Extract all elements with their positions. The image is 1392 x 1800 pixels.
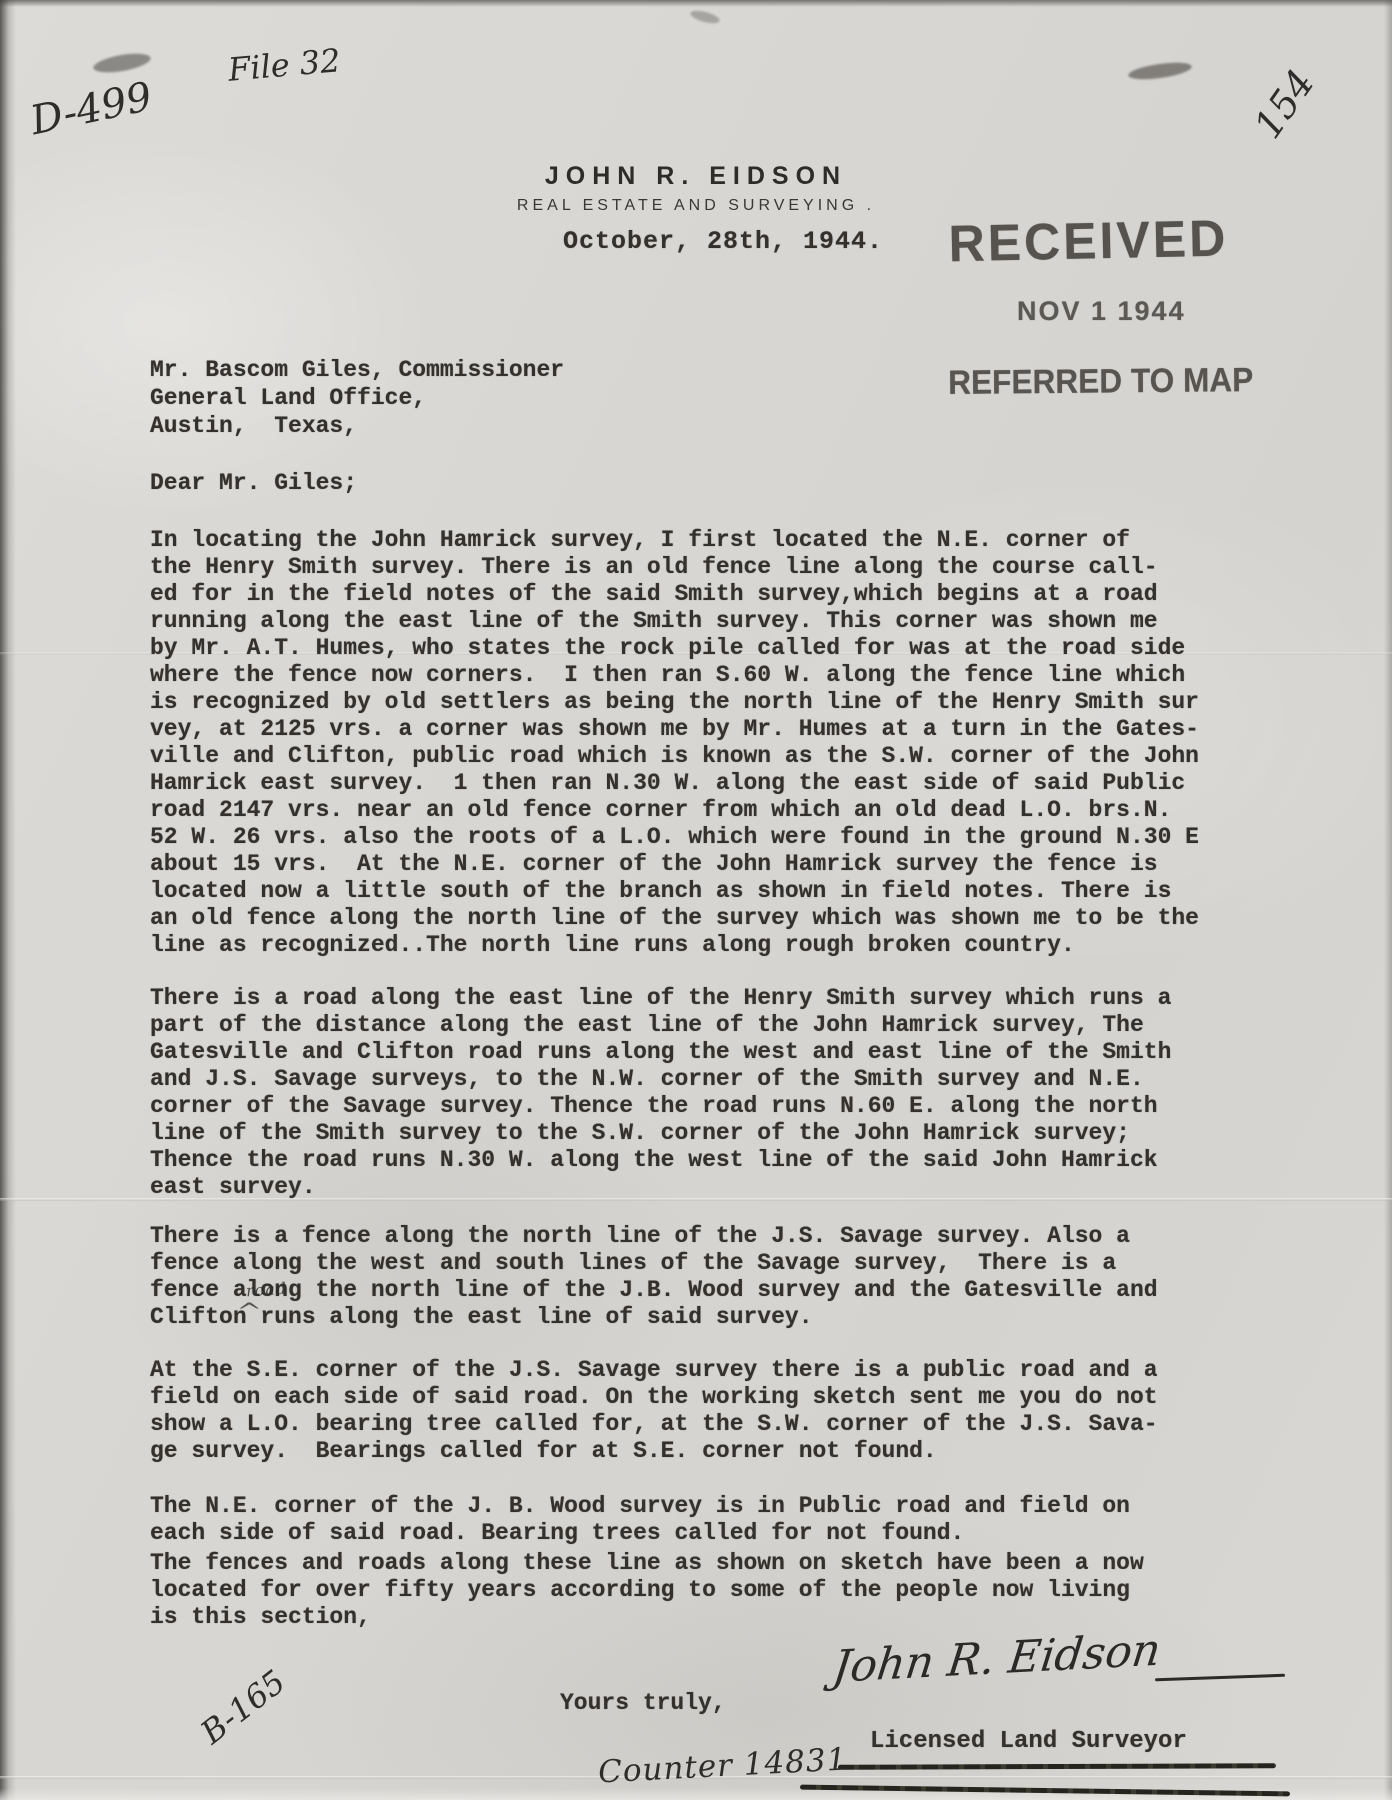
body-paragraph-5: The N.E. corner of the J. B. Wood survey… xyxy=(150,1493,1270,1547)
handwritten-signature: John R. Eidson xyxy=(830,1624,1164,1693)
letter-date: October, 28th, 1944. xyxy=(563,228,883,255)
body-paragraph-4: At the S.E. corner of the J.S. Savage su… xyxy=(150,1357,1270,1465)
salutation: Dear Mr. Giles; xyxy=(150,470,357,497)
body-paragraph-6: The fences and roads along these line as… xyxy=(150,1550,1270,1631)
insertion-caret-mark: ^ xyxy=(236,1300,262,1325)
handwritten-insertion: road ^ xyxy=(246,1280,287,1299)
recipient-line: Mr. Bascom Giles, Commissioner xyxy=(150,356,564,384)
handwritten-file-number: File 32 xyxy=(227,41,342,89)
inserted-word: road xyxy=(245,1279,287,1301)
letterhead-name: JOHN R. EIDSON xyxy=(0,162,1392,191)
ink-smudge xyxy=(689,8,721,25)
ink-smudge xyxy=(1127,60,1192,83)
recipient-line: Austin, Texas, xyxy=(150,412,564,440)
recipient-address: Mr. Bascom Giles, Commissioner General L… xyxy=(150,356,564,440)
scan-edge-top xyxy=(0,0,1392,7)
scan-edge-right xyxy=(1384,0,1392,1800)
signature-flourish xyxy=(1155,1674,1285,1682)
handwritten-page-number: 154 xyxy=(1245,62,1323,147)
body-paragraph-2: There is a road along the east line of t… xyxy=(150,985,1270,1201)
scan-edge-left xyxy=(0,0,16,1800)
recipient-line: General Land Office, xyxy=(150,384,564,412)
handwritten-bottom-left-code: B-165 xyxy=(193,1662,292,1751)
body-paragraph-1: In locating the John Hamrick survey, I f… xyxy=(150,527,1270,959)
referred-to-map-stamp: REFERRED TO MAP xyxy=(948,361,1253,403)
signature-underline xyxy=(838,1763,1276,1770)
handwritten-counter-number: Counter 14831 xyxy=(597,1741,848,1790)
body-paragraph-3: There is a fence along the north line of… xyxy=(150,1223,1270,1331)
closing-yours-truly: Yours truly, xyxy=(560,1690,726,1717)
received-date-stamp: NOV 1 1944 xyxy=(1017,296,1186,327)
handwritten-doc-number: D-499 xyxy=(27,74,157,145)
received-stamp: RECEIVED xyxy=(948,208,1229,274)
signature-title: Licensed Land Surveyor xyxy=(870,1728,1187,1755)
ink-smudge xyxy=(92,50,152,76)
scanned-letter-page: D-499 File 32 154 JOHN R. EIDSON REAL ES… xyxy=(0,0,1392,1800)
